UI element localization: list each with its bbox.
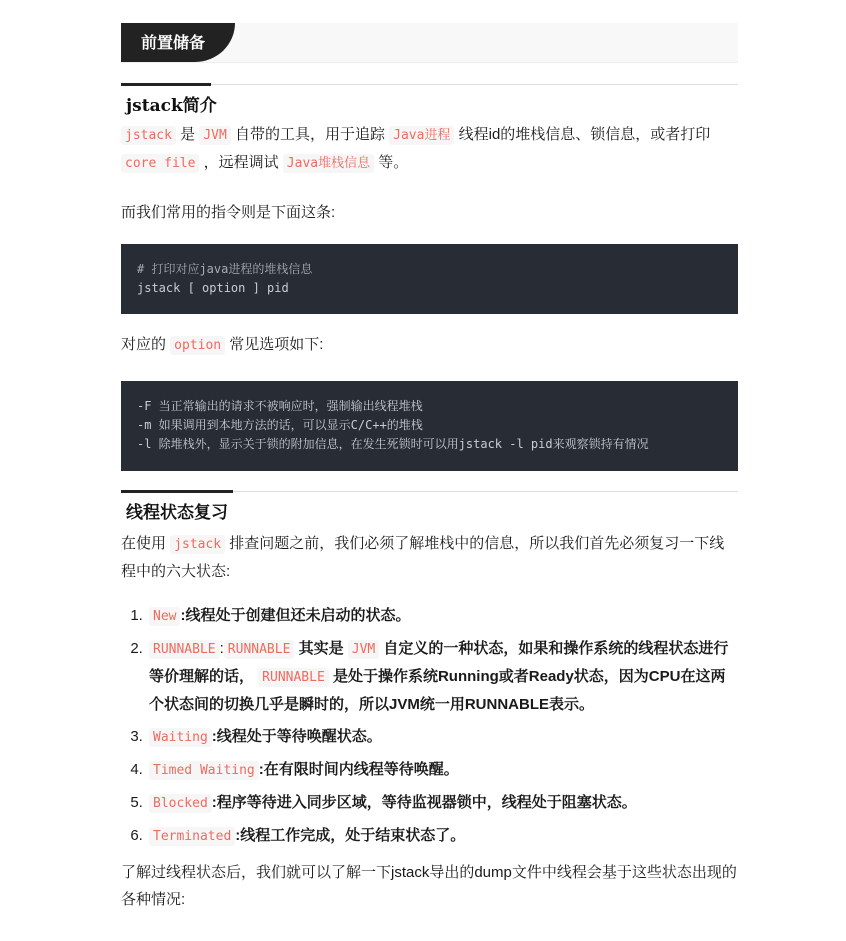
inline-code: Blocked — [149, 794, 212, 813]
list-item: Timed Waiting:在有限时间内线程等待唤醒。 — [147, 756, 738, 784]
heading-jstack-intro: jstack简介 — [121, 84, 738, 115]
list-item: Waiting:线程处于等待唤醒状态。 — [147, 723, 738, 751]
list-item: Blocked:程序等待进入同步区域，等待监视器锁中，线程处于阻塞状态。 — [147, 789, 738, 817]
text: 在使用 — [121, 535, 170, 552]
inline-code: New — [149, 607, 180, 626]
code-block-command: # 打印对应java进程的堆栈信息 jstack [ option ] pid — [121, 244, 738, 314]
list-item: Terminated:线程工作完成，处于结束状态了。 — [147, 822, 738, 850]
heading-text: 线程状态复习 — [126, 498, 228, 523]
text: ，远程调试 — [199, 154, 282, 171]
text: 其实是 — [294, 640, 347, 657]
code-comment: # 打印对应java进程的堆栈信息 — [137, 260, 722, 279]
inline-code: Timed Waiting — [149, 761, 259, 780]
text: :线程工作完成，处于结束状态了。 — [235, 827, 465, 844]
code-line: -l 除堆栈外，显示关于锁的附加信息，在发生死锁时可以用jstack -l pi… — [137, 435, 722, 454]
inline-code: RUNNABLE — [224, 640, 295, 659]
inline-code: option — [170, 336, 225, 355]
command-intro: 而我们常用的指令则是下面这条: — [121, 199, 738, 226]
states-intro: 在使用 jstack 排查问题之前，我们必须了解堆栈中的信息，所以我们首先必须复… — [121, 530, 738, 585]
heading-thread-states: 线程状态复习 — [121, 491, 738, 522]
intro-paragraph: jstack 是 JVM 自带的工具，用于追踪 Java进程 线程id的堆栈信息… — [121, 121, 738, 177]
code-line: jstack [ option ] pid — [137, 279, 722, 298]
code-line: -m 如果调用到本地方法的话，可以显示C/C++的堆栈 — [137, 416, 722, 435]
closing-paragraph: 了解过线程状态后，我们就可以了解一下jstack导出的dump文件中线程会基于这… — [121, 859, 738, 913]
inline-code: jstack — [121, 126, 176, 145]
inline-code: core file — [121, 154, 199, 173]
heading-text: jstack简介 — [126, 91, 217, 116]
text: 线程id的堆栈信息、锁信息，或者打印 — [454, 126, 710, 143]
text: :线程处于等待唤醒状态。 — [212, 728, 382, 745]
list-item: RUNNABLE:RUNNABLE 其实是 JVM 自定义的一种状态，如果和操作… — [147, 635, 738, 718]
thread-states-list: New:线程处于创建但还未启动的状态。 RUNNABLE:RUNNABLE 其实… — [121, 602, 738, 850]
inline-code: JVM — [199, 126, 230, 145]
text: 对应的 — [121, 336, 170, 353]
text: 是 — [176, 126, 199, 143]
text: :程序等待进入同步区域，等待监视器锁中，线程处于阻塞状态。 — [212, 794, 637, 811]
inline-code: JVM — [348, 640, 379, 659]
inline-code: Java进程 — [389, 126, 454, 145]
text: 常见选项如下: — [225, 336, 323, 353]
article: 前置储备 jstack简介 jstack 是 JVM 自带的工具，用于追踪 Ja… — [121, 23, 738, 913]
inline-code: Waiting — [149, 728, 212, 747]
inline-code: Java堆栈信息 — [283, 154, 374, 173]
text: 自带的工具，用于追踪 — [231, 126, 389, 143]
text: :线程处于创建但还未启动的状态。 — [180, 607, 410, 624]
inline-code: RUNNABLE — [149, 640, 220, 659]
inline-code: Terminated — [149, 827, 235, 846]
text: 等。 — [374, 154, 408, 171]
options-intro: 对应的 option 常见选项如下: — [121, 331, 738, 359]
list-item: New:线程处于创建但还未启动的状态。 — [147, 602, 738, 630]
section-header: 前置储备 — [121, 23, 738, 63]
section-title: 前置储备 — [121, 23, 235, 62]
code-line: -F 当正常输出的请求不被响应时，强制输出线程堆栈 — [137, 397, 722, 416]
inline-code: jstack — [170, 535, 225, 554]
text: :在有限时间内线程等待唤醒。 — [259, 761, 459, 778]
code-block-options: -F 当正常输出的请求不被响应时，强制输出线程堆栈 -m 如果调用到本地方法的话… — [121, 381, 738, 471]
inline-code: RUNNABLE — [258, 668, 329, 687]
